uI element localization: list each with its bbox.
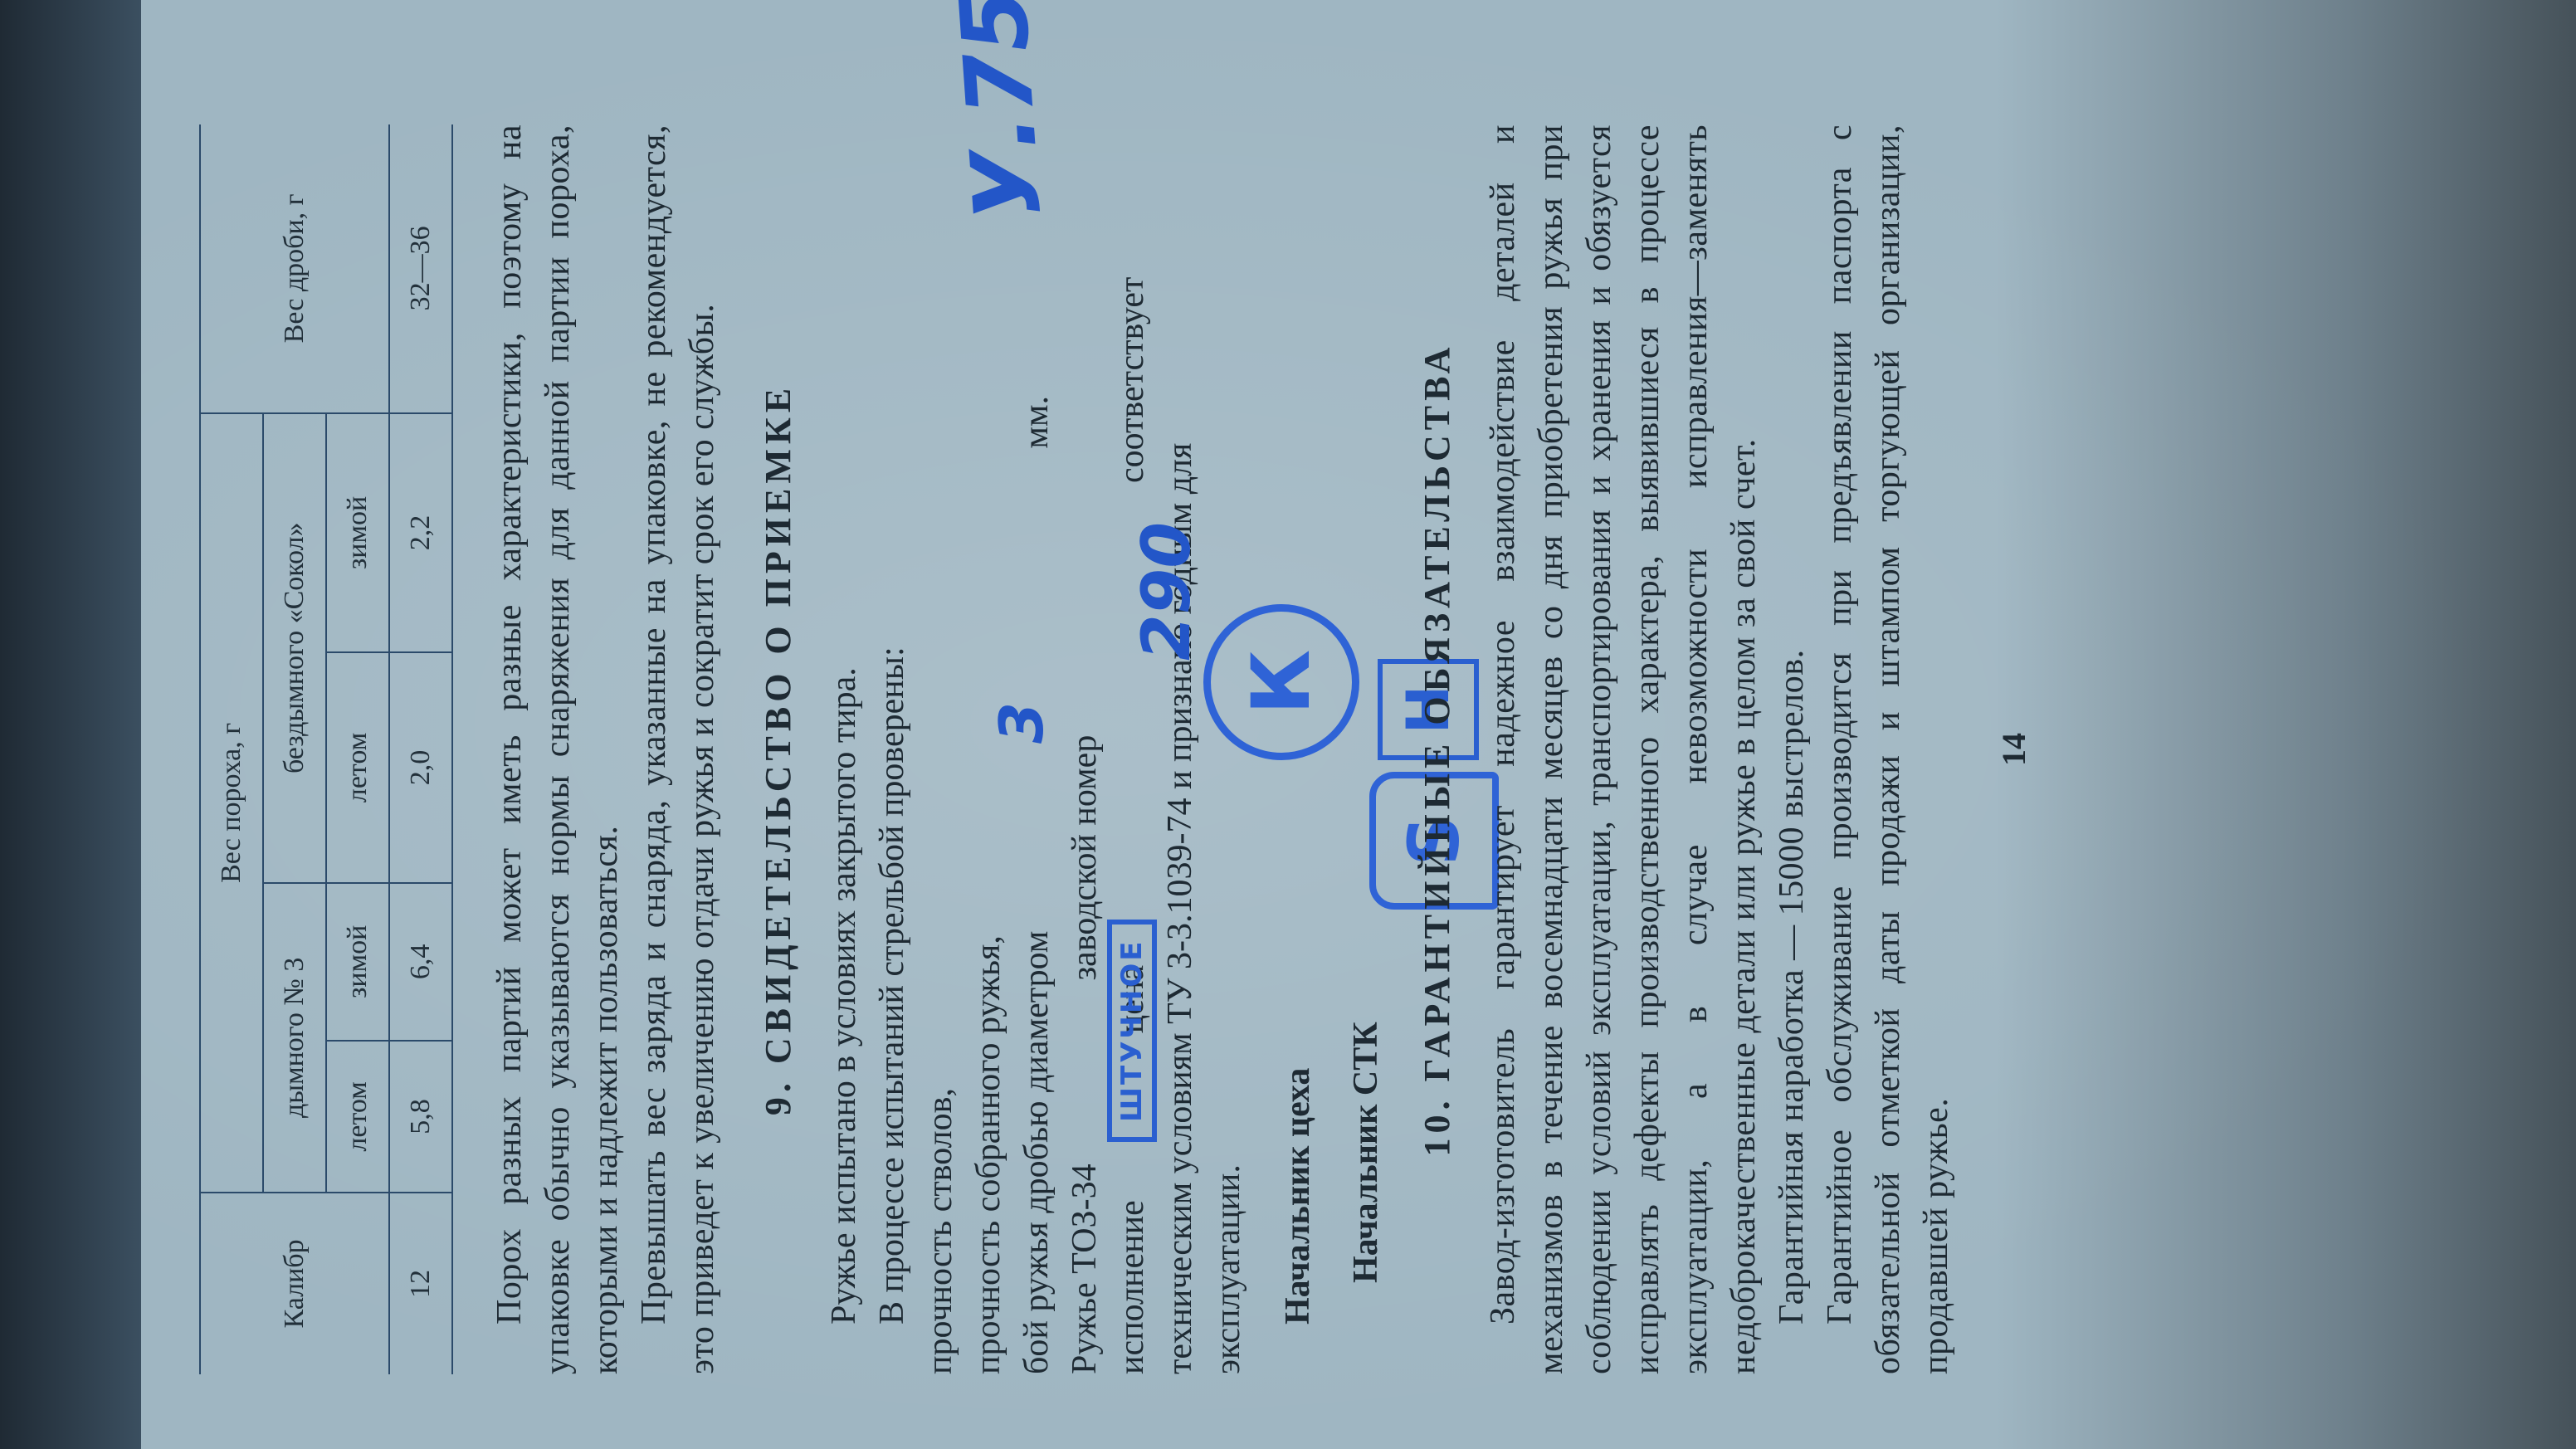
document-page-rotated: Калибр Вес пороха, г Вес дроби, г дымног… bbox=[141, 0, 2576, 1449]
handwritten-price: 290 bbox=[1128, 522, 1205, 661]
cell-shot-weight: 32—36 bbox=[389, 124, 452, 413]
execution-stamp: ШТУЧНОЕ bbox=[1107, 920, 1157, 1142]
cell-smokeless-winter: 2,2 bbox=[389, 413, 452, 652]
passport-page: Калибр Вес пороха, г Вес дроби, г дымног… bbox=[141, 0, 2576, 1449]
signature-shop-head: Начальник цеха bbox=[1278, 124, 1318, 1325]
th-caliber: Калибр bbox=[200, 1193, 389, 1374]
cert-line-7: исполнение цена соответствует bbox=[1109, 124, 1157, 1374]
signature-qc-head: Начальник СТК bbox=[1346, 124, 1386, 1283]
th-powder-weight: Вес пороха, г bbox=[200, 413, 263, 1193]
cell-smokeless-summer: 2,0 bbox=[389, 652, 452, 883]
th-smoky: дымного № 3 bbox=[263, 883, 326, 1193]
model-label: Ружье ТОЗ-34 bbox=[1066, 1164, 1104, 1374]
th-smoky-summer: летом bbox=[326, 1041, 389, 1193]
warranty-paragraph-3: Гарантийное обслуживание производится пр… bbox=[1817, 124, 1961, 1374]
spec-number: 3-3.1039-74 bbox=[1161, 798, 1199, 969]
intro-paragraph-1: Порох разных партий может иметь разные х… bbox=[486, 124, 631, 1374]
cert-line-1: Ружье испытано в условиях закрытого тира… bbox=[821, 124, 869, 1374]
background-edge bbox=[0, 0, 141, 1449]
warranty-paragraph-1: Завод-изготовитель гарантирует надежное … bbox=[1480, 124, 1769, 1374]
cert-line-4: прочность собранного ружья, bbox=[965, 124, 1013, 1374]
execution-label: исполнение bbox=[1113, 1200, 1151, 1374]
th-smokeless-summer: летом bbox=[326, 652, 389, 883]
cell-caliber: 12 bbox=[389, 1193, 452, 1374]
spec-label: техническим условиям ТУ bbox=[1161, 978, 1199, 1374]
section-10-title: 10. ГАРАНТИЙНЫЕ ОБЯЗАТЕЛЬСТВА bbox=[1416, 124, 1458, 1374]
cert-line-3: прочность стволов, bbox=[917, 124, 965, 1374]
serial-label: заводской номер bbox=[1066, 735, 1104, 981]
cert-line-5: бой ружья дробью диаметром мм. bbox=[1013, 124, 1061, 1374]
cert-line-6: Ружье ТОЗ-34 заводской номер bbox=[1061, 124, 1110, 1374]
mm-unit: мм. bbox=[1017, 396, 1056, 449]
shot-diameter-label: бой ружья дробью диаметром bbox=[1017, 931, 1056, 1374]
charge-table: Калибр Вес пороха, г Вес дроби, г дымног… bbox=[199, 124, 453, 1374]
cert-line-2: В процессе испытаний стрельбой проверены… bbox=[869, 124, 917, 1374]
warranty-paragraph-2: Гарантийная наработка — 15000 выстрелов. bbox=[1769, 124, 1817, 1374]
table-row: 12 5,8 6,4 2,0 2,2 32—36 bbox=[389, 124, 452, 1374]
section-9-title: 9. СВИДЕТЕЛЬСТВО О ПРИЕМКЕ bbox=[757, 124, 799, 1374]
handwritten-shot-diameter: 3 bbox=[987, 702, 1056, 744]
th-smoky-winter: зимой bbox=[326, 883, 389, 1041]
cert-line-8: техническим условиям ТУ 3-3.1039-74 и пр… bbox=[1157, 124, 1205, 1374]
intro-paragraph-2: Превышать вес заряда и снаряда, указанны… bbox=[631, 124, 727, 1374]
handwritten-serial-number: У.75У bbox=[934, 0, 1061, 224]
th-smokeless: бездымного «Сокол» bbox=[263, 413, 326, 883]
page-number: 14 bbox=[1994, 124, 2033, 1374]
conforms-label: соответствует bbox=[1113, 277, 1151, 483]
th-shot-weight: Вес дроби, г bbox=[200, 124, 389, 413]
cell-smoky-winter: 6,4 bbox=[389, 883, 452, 1041]
acceptance-certificate: Ружье испытано в условиях закрытого тира… bbox=[821, 124, 1254, 1374]
th-smokeless-winter: зимой bbox=[326, 413, 389, 652]
cell-smoky-summer: 5,8 bbox=[389, 1041, 452, 1193]
